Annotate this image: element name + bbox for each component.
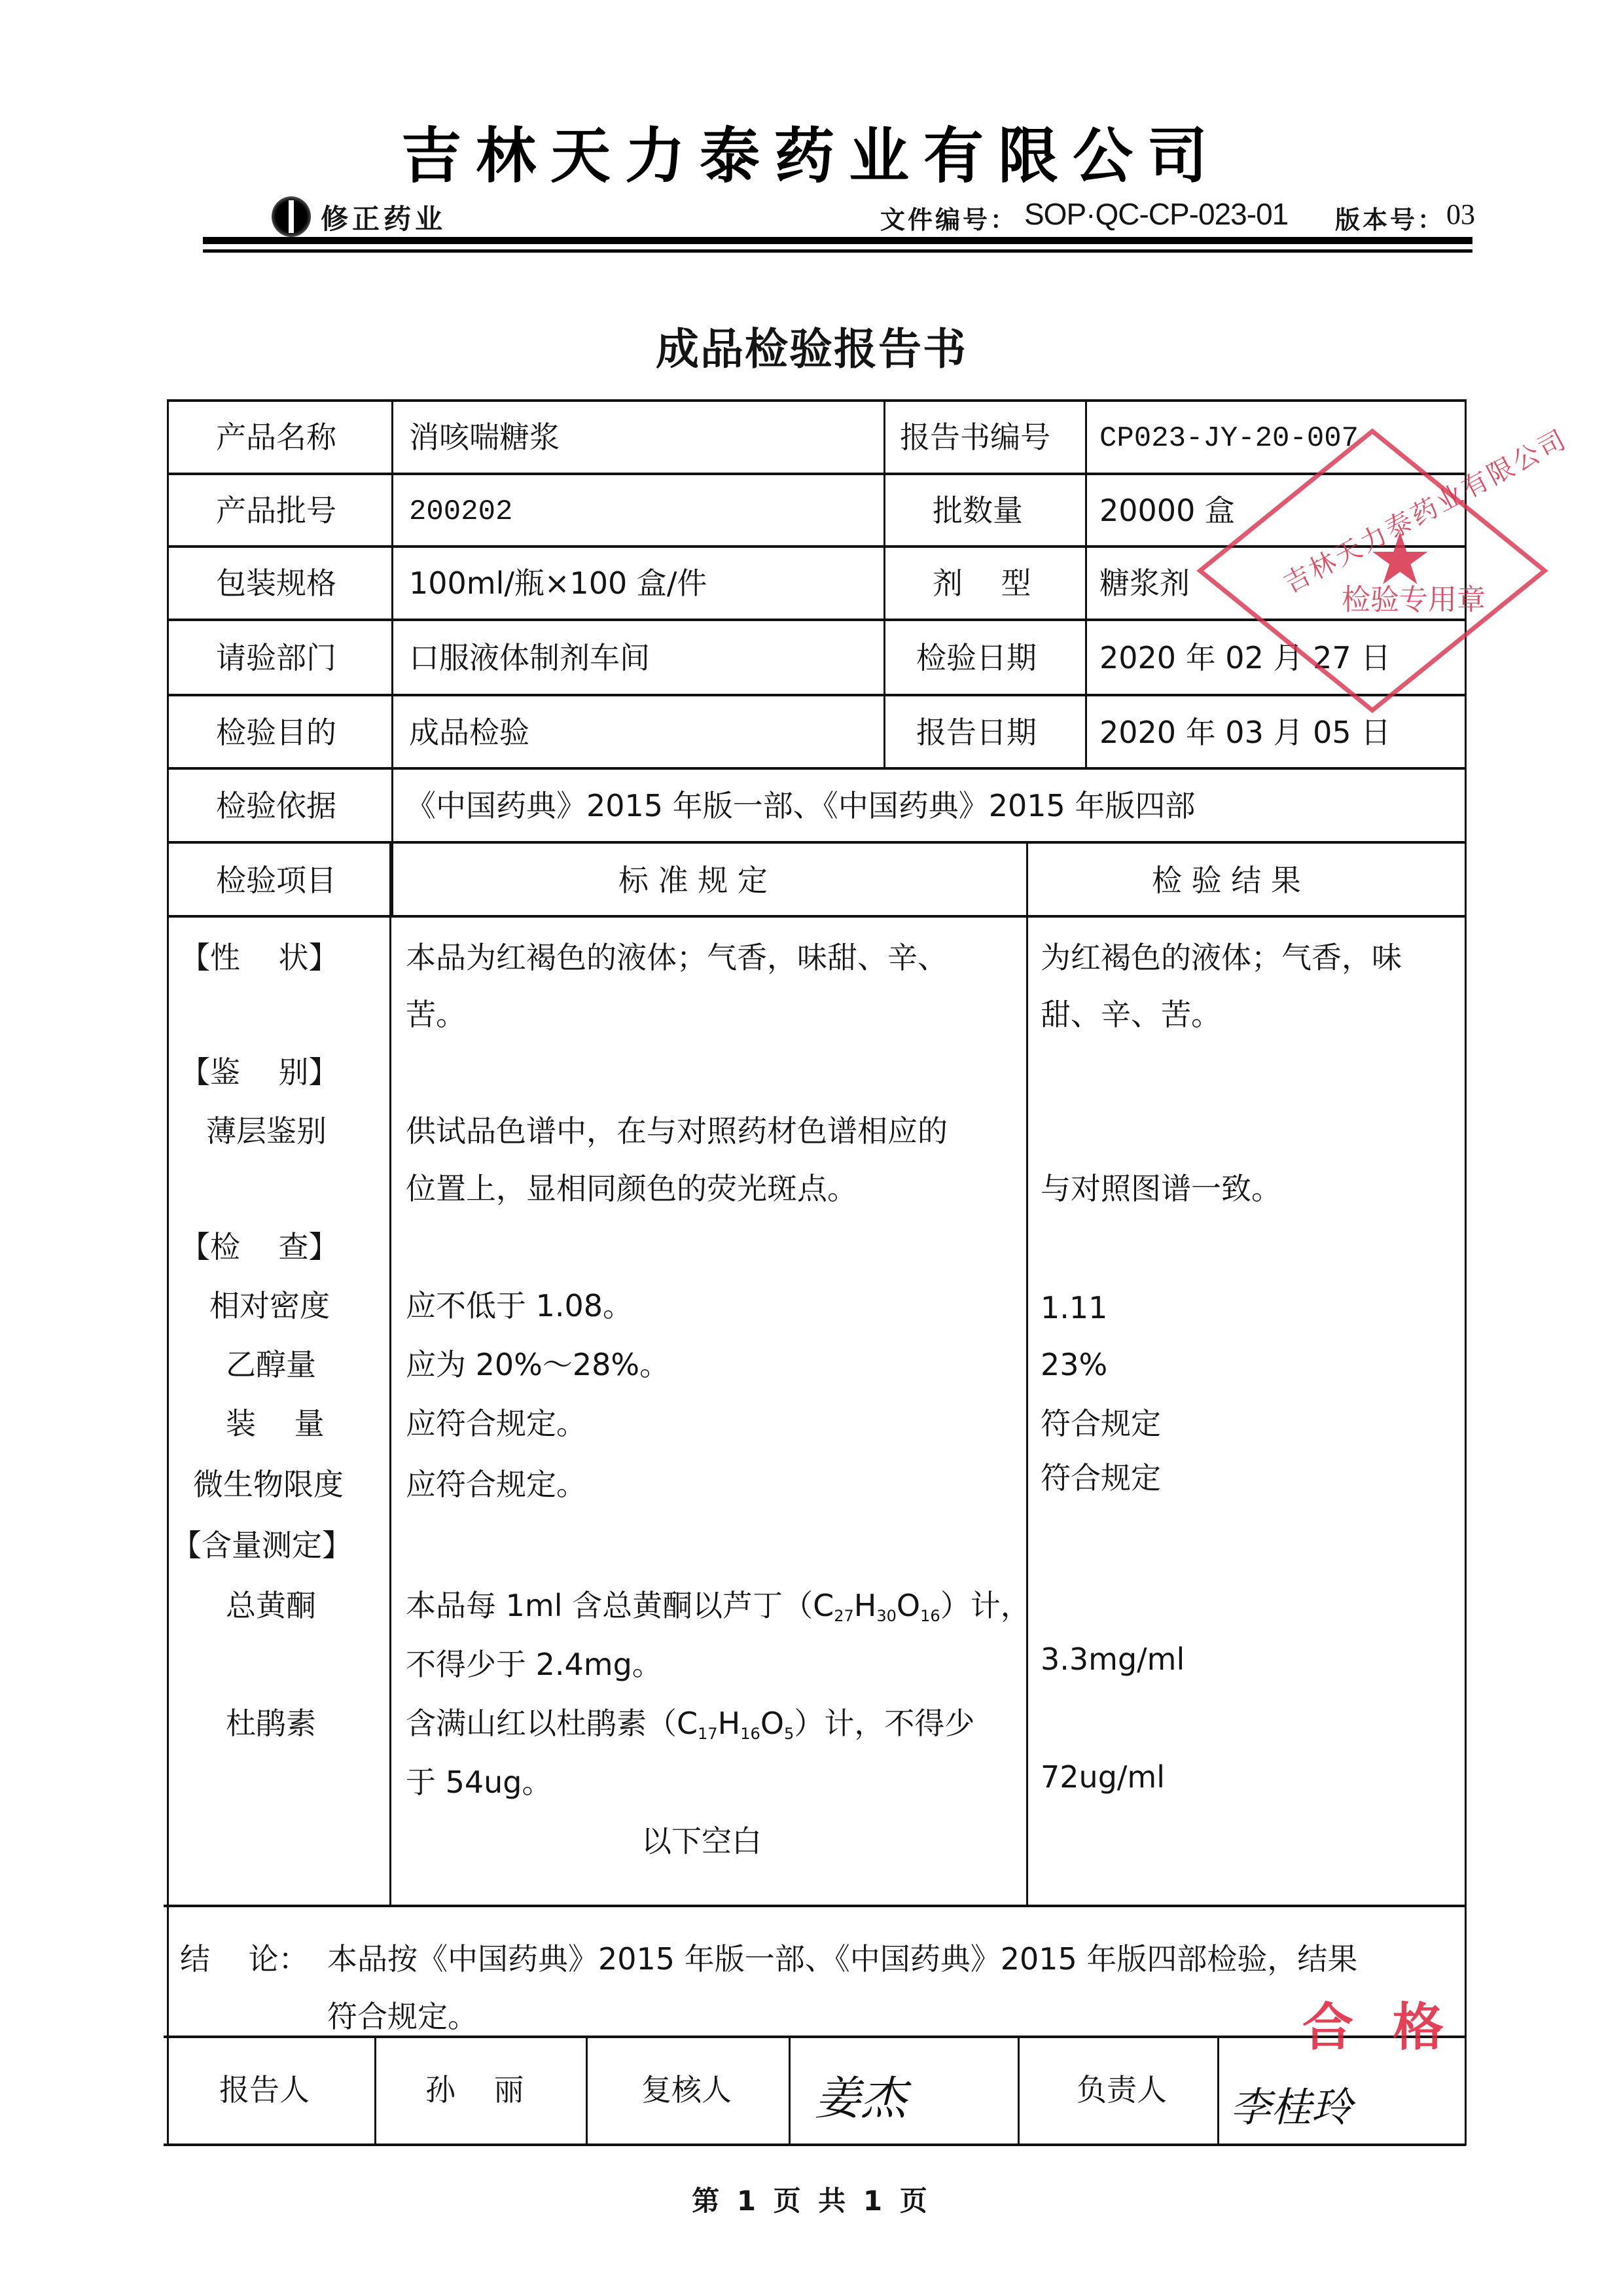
table-col-divider [389, 841, 391, 1907]
package-label: 包装规格 [216, 568, 336, 598]
basis-label: 检验依据 [216, 791, 336, 821]
table-col-divider [1026, 841, 1028, 1907]
table-col-divider [1018, 2036, 1020, 2145]
table-border-left [167, 399, 169, 2145]
table-col-divider [1217, 2036, 1219, 2145]
result-value: 1.11 [1041, 1293, 1107, 1323]
standard-text: 应不低于 1.08。 [406, 1291, 633, 1321]
product-name: 消咳喘糖浆 [409, 422, 560, 452]
standard-text-formula: 本品每 1ml 含总黄酮以芦丁（C27H30O16）计， [406, 1590, 1031, 1624]
company-logo-icon [272, 196, 311, 237]
standard-text: 不得少于 2.4mg。 [406, 1649, 662, 1679]
table-divider [164, 1905, 1466, 1907]
col-header-standard: 标 准 规 定 [618, 865, 768, 895]
standard-text: 于 54ug。 [406, 1767, 552, 1797]
item-relative-density: 相对密度 [209, 1291, 330, 1321]
header-rule-thick [203, 237, 1472, 244]
table-divider [167, 473, 1466, 475]
test-date-label: 检验日期 [916, 643, 1037, 673]
item-ethanol: 乙醇量 [226, 1350, 316, 1380]
responsible-signature: 李桂玲 [1230, 2075, 1352, 2133]
result-text: 符合规定 [1041, 1408, 1161, 1439]
table-border-top [167, 399, 1466, 402]
purpose-label: 检验目的 [216, 717, 336, 747]
result-value: 23% [1041, 1350, 1107, 1380]
table-divider [167, 767, 1466, 770]
page-number: 第 1 页 共 1 页 [0, 2179, 1623, 2219]
result-text: 与对照图谱一致。 [1041, 1174, 1281, 1204]
item-total-flavonoids: 总黄酮 [226, 1590, 316, 1621]
table-col-divider [391, 399, 393, 916]
version-number: 03 [1446, 198, 1475, 231]
version-label: 版本号： [1335, 200, 1445, 236]
batch-no-label: 产品批号 [216, 495, 336, 526]
result-value: 3.3mg/ml [1041, 1644, 1185, 1674]
batch-qty: 20000 盒 [1099, 495, 1235, 526]
requesting-dept: 口服液体制剂车间 [409, 643, 650, 673]
conclusion-text: 本品按《中国药典》2015 年版一部、《中国药典》2015 年版四部检验，结果 [327, 1944, 1357, 1974]
document-title: 成品检验报告书 [0, 314, 1623, 376]
doc-number: SOP·QC-CP-023-01 [1024, 196, 1288, 232]
item-fill-volume: 装 量 [226, 1408, 325, 1439]
item-tlc: 薄层鉴别 [206, 1116, 327, 1146]
reporter-label: 报告人 [219, 2075, 310, 2105]
report-date: 2020 年 03 月 05 日 [1099, 717, 1391, 747]
end-of-content-note: 以下空白 [641, 1826, 762, 1856]
reviewer-signature: 姜杰 [815, 2062, 906, 2128]
standard-text-formula: 含满山红以杜鹃素（C17H16O5）计，不得少 [406, 1708, 974, 1742]
report-no-label: 报告书编号 [900, 422, 1050, 452]
test-basis: 《中国药典》2015 年版一部、《中国药典》2015 年版四部 [406, 791, 1195, 821]
table-col-divider [586, 2036, 588, 2145]
product-name-label: 产品名称 [216, 422, 336, 452]
logo-text: 修正药业 [321, 198, 446, 237]
result-text: 为红褐色的液体；气香，味 [1041, 942, 1402, 973]
doc-number-label: 文件编号： [880, 200, 1018, 236]
table-col-divider [374, 2036, 376, 2145]
table-col-divider [883, 399, 885, 769]
standard-text: 本品为红褐色的液体；气香，味甜、辛、 [406, 942, 948, 973]
table-border-right [1465, 399, 1467, 2145]
conclusion-label: 结 论： [180, 1944, 309, 1974]
report-no: CP023-JY-20-007 [1099, 424, 1359, 453]
item-farrerol: 杜鹃素 [226, 1708, 316, 1738]
batch-qty-label: 批数量 [933, 495, 1023, 526]
section-assay: 【含量测定】 [171, 1530, 352, 1560]
item-microbial-limit: 微生物限度 [193, 1469, 344, 1499]
table-divider [167, 915, 1466, 918]
header-rule-thin [203, 249, 1472, 253]
section-identification: 【鉴 别】 [180, 1057, 339, 1087]
table-divider [167, 841, 1466, 844]
table-col-divider [1085, 399, 1087, 769]
result-text: 甜、辛、苦。 [1041, 999, 1221, 1030]
col-header-item: 检验项目 [216, 865, 336, 895]
table-col-divider [789, 2036, 791, 2145]
report-date-label: 报告日期 [916, 717, 1037, 747]
batch-no: 200202 [409, 497, 512, 526]
package-spec: 100ml/瓶×100 盒/件 [409, 568, 707, 598]
col-header-result: 检 验 结 果 [1152, 865, 1301, 895]
standard-text: 苦。 [406, 999, 466, 1030]
seal-purpose-text: 检验专用章 [1342, 576, 1486, 618]
standard-text: 供试品色谱中，在与对照药材色谱相应的 [406, 1116, 948, 1146]
responsible-label: 负责人 [1077, 2075, 1167, 2105]
company-name: 吉林天力泰药业有限公司 [0, 108, 1623, 194]
result-value: 72ug/ml [1041, 1762, 1165, 1792]
standard-text: 应为 20%～28%。 [406, 1350, 669, 1380]
qualified-stamp: 合格 [1302, 1986, 1483, 2060]
dosage-form-label: 剂 型 [933, 568, 1031, 598]
section-inspection: 【检 查】 [180, 1232, 339, 1262]
standard-text: 应符合规定。 [406, 1408, 586, 1439]
standard-text: 位置上，显相同颜色的荧光斑点。 [406, 1174, 857, 1204]
table-border-bottom [164, 2144, 1466, 2146]
dosage-form: 糖浆剂 [1099, 568, 1190, 598]
result-text: 符合规定 [1041, 1463, 1161, 1493]
purpose: 成品检验 [409, 717, 529, 747]
item-appearance: 【性 状】 [180, 942, 339, 973]
standard-text: 应符合规定。 [406, 1469, 586, 1499]
requesting-dept-label: 请验部门 [216, 643, 336, 673]
table-divider [164, 2036, 1466, 2038]
reporter-name: 孙 丽 [425, 2075, 524, 2105]
table-divider [167, 694, 1466, 696]
reviewer-label: 复核人 [641, 2075, 732, 2105]
conclusion-text: 符合规定。 [327, 2001, 478, 2032]
